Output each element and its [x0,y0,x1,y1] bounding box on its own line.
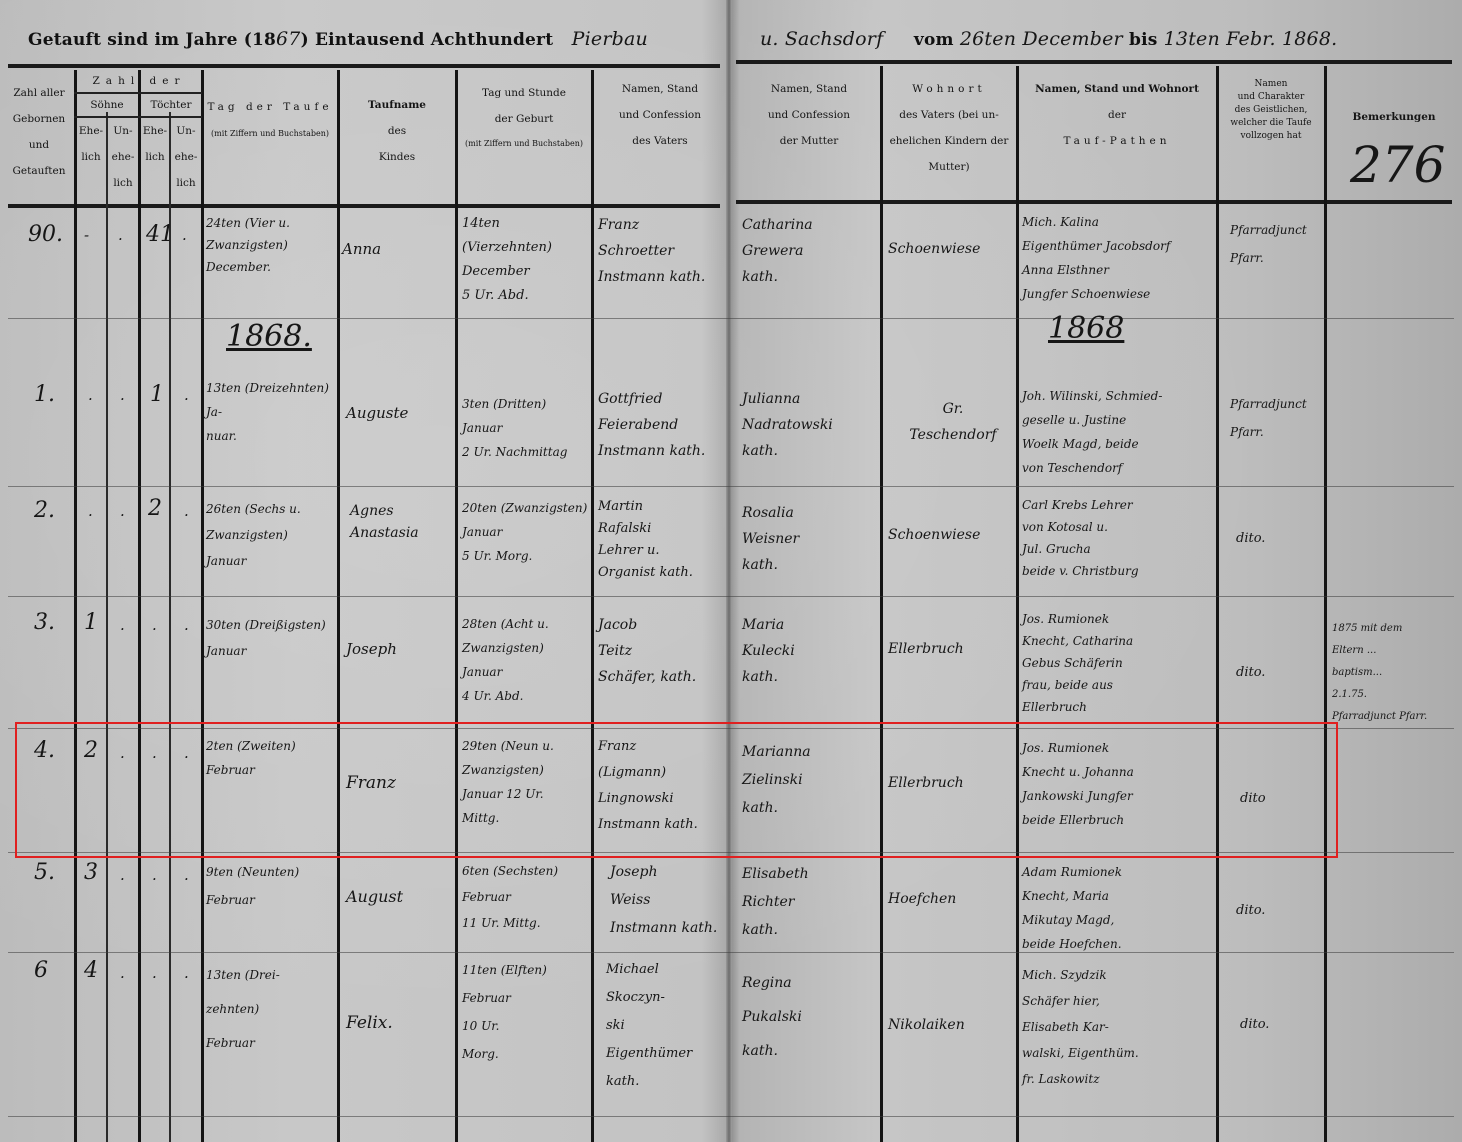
entry-soehne-ehelich: - [84,222,89,248]
header-tag-der-taufe-sub: (mit Ziffern und Buchstaben) [203,128,337,140]
header-line: Namen, Stand [593,76,727,102]
entry-clergy: Pfarradjunct Pfarr. [1230,216,1322,272]
header-wohnort: Wohnort des Vaters (bei un- ehelichen Ki… [882,76,1016,180]
col-line [337,70,340,1142]
header-line: und Confession [738,102,880,128]
entry-father: Franz Schroetter Instmann kath. [598,212,726,290]
entry-toechter-unehelich: . [184,382,189,408]
header-line: Taufname [339,92,455,118]
header-line: Un- [108,118,138,144]
title-prefix: Getauft sind im Jahre (18 [28,30,276,50]
col-line [169,112,171,1142]
entry-father: Jacob Teitz Schäfer, kath. [598,612,726,690]
header-vater: Namen, Stand und Confession des Vaters [593,76,727,154]
entry-birth-date: 11ten (Elften) Februar 10 Ur. Morg. [462,956,590,1068]
entry-soehne-unehelich: . [120,862,125,888]
header-geburt: Tag und Stunde der Geburt [457,80,591,132]
entry-residence: Hoefchen [888,886,1014,912]
col-line [1016,66,1019,1142]
header-zahl-der: Zahl der [76,70,202,92]
entry-soehne-unehelich: . [120,498,125,524]
header-line: Namen, Stand und Wohnort [1018,76,1216,102]
entry-toechter-ehelich: . [152,612,157,638]
entry-toechter-unehelich: . [184,862,189,888]
title-year-suffix: 67 [276,28,301,50]
row-divider [8,318,1454,319]
header-toechter: Töchter [140,94,202,116]
entry-number: 6 [34,958,48,984]
entry-baptism-date: 24ten (Vier u. Zwanzigsten) December. [206,212,336,278]
entry-clergy: dito. [1236,660,1322,686]
header-top-rule-left [8,64,720,68]
header-zahl-aller: Zahl aller Gebornen und Getauften [4,80,74,184]
entry-residence: Ellerbruch [888,636,1014,662]
entry-mother: Rosalia Weisner kath. [742,500,878,578]
title-from-value: 26ten December [960,28,1123,50]
entry-soehne-unehelich: . [120,382,125,408]
header-line: lich [171,170,201,196]
entry-soehne-ehelich: . [88,382,93,408]
entry-father: Martin Rafalski Lehrer u. Organist kath. [598,496,726,584]
entry-toechter-ehelich: 1 [150,382,164,408]
entry-soehne-ehelich: 4 [84,958,98,984]
title-to-value: 13ten Febr. 1868. [1164,28,1338,50]
entry-mother: Catharina Grewera kath. [742,212,878,290]
entry-father: Michael Skoczyn- ski Eigenthümer kath. [606,956,728,1096]
entry-toechter-ehelich: 2 [148,496,162,522]
title-place-2: Sachsdorf [785,28,884,50]
entry-toechter-unehelich: . [184,960,189,986]
entry-clergy: Pfarradjunct Pfarr. [1230,390,1322,446]
entry-residence: Gr. Teschendorf [892,396,1014,448]
entry-father: Gottfried Feierabend Instmann kath. [598,386,726,464]
header-line: ehelichen Kindern der [882,128,1016,154]
row-divider [8,596,1454,597]
highlight-box [15,722,1338,858]
header-line: welcher die Taufe [1218,117,1324,130]
header-taufname: Taufname des Kindes [339,92,455,170]
entry-toechter-unehelich: . [182,222,187,248]
col-line [1216,66,1219,1142]
entry-toechter-unehelich: . [184,612,189,638]
entry-clergy: dito. [1240,1012,1322,1038]
entry-child-name: Auguste [346,400,408,426]
entry-godparents: Carl Krebs Lehrer von Kotosal u. Jul. Gr… [1022,494,1216,582]
title-place: Pierbau [572,28,648,50]
header-top-rule-right [736,60,1452,64]
entry-godparents: Adam Rumionek Knecht, Maria Mikutay Magd… [1022,860,1216,956]
entry-child-name: Agnes Anastasia [350,500,454,544]
header-line: ehe- [171,144,201,170]
header-geburt-sub: (mit Ziffern und Buchstaben) [457,138,591,150]
entry-baptism-date: 26ten (Sechs u. Zwanzigsten) Januar [206,496,336,574]
entry-father: Joseph Weiss Instmann kath. [610,858,728,942]
entry-mother: Maria Kulecki kath. [742,612,878,690]
header-line: Wohnort [882,76,1016,102]
header-soehne-ehelich: Ehe- lich [76,118,106,170]
entry-number: 2. [34,498,55,524]
col-line [106,112,108,1142]
entry-number: 1. [34,382,55,408]
register-page: Getauft sind im Jahre (1867) Eintausend … [0,0,1462,1142]
entry-clergy: dito. [1236,526,1322,552]
header-line: Ehe- [76,118,106,144]
header-bemerkungen: Bemerkungen [1326,104,1462,130]
entry-godparents: Joh. Wilinski, Schmied- geselle u. Justi… [1022,384,1216,480]
col-line [74,70,77,1142]
header-line: Mutter) [882,154,1016,180]
entry-birth-date: 6ten (Sechsten) Februar 11 Ur. Mittg. [462,858,590,936]
row-divider [8,952,1454,953]
header-line: der [1018,102,1216,128]
title-place-joiner: u. [760,28,779,50]
header-toechter-ehelich: Ehe- lich [140,118,170,170]
header-line: Gebornen [4,106,74,132]
page-number: 276 [1350,140,1440,190]
header-bottom-rule-left [8,204,720,208]
header-line: Tauf-Pathen [1018,128,1216,154]
entry-godparents: Mich. Szydzik Schäfer hier, Elisabeth Ka… [1022,962,1216,1092]
header-line: lich [140,144,170,170]
entry-godparents: Mich. Kalina Eigenthümer Jacobsdorf Anna… [1022,210,1216,306]
header-line: des Vaters [593,128,727,154]
header-bottom-rule-right [736,200,1452,204]
header-soehne: Söhne [76,94,138,116]
entry-residence: Schoenwiese [888,522,1014,548]
entry-birth-date: 14ten (Vierzehnten) December 5 Ur. Abd. [462,212,590,308]
header-tag-der-taufe: Tag der Taufe [203,94,337,120]
entry-toechter-ehelich: . [152,960,157,986]
col-line [138,70,141,1142]
entry-soehne-unehelich: . [120,960,125,986]
col-line [455,70,458,1142]
col-line [201,70,204,1142]
entry-residence: Schoenwiese [888,236,1014,262]
register-title-right: u. Sachsdorf vom 26ten December bis 13te… [760,28,1337,50]
header-line: ehe- [108,144,138,170]
entry-toechter-ehelich: . [152,862,157,888]
entry-clergy: dito. [1236,898,1322,924]
entry-child-name: Anna [342,236,381,262]
header-line: Ehe- [140,118,170,144]
header-line: des [339,118,455,144]
header-pathen: Namen, Stand und Wohnort der Tauf-Pathen [1018,76,1216,154]
entry-baptism-date: 9ten (Neunten) Februar [206,858,336,914]
entry-mother: Elisabeth Richter kath. [742,860,878,944]
col-line [1324,66,1327,1142]
year-marker-right: 1868 [1048,316,1124,342]
entry-mother: Julianna Nadratowski kath. [742,386,878,464]
entry-number: 90. [28,222,63,248]
header-line: Un- [171,118,201,144]
entry-toechter-ehelich: 41 [146,222,174,248]
entry-birth-date: 28ten (Acht u. Zwanzigsten) Januar 4 Ur.… [462,612,590,708]
header-line: des Vaters (bei un- [882,102,1016,128]
header-line: vollzogen hat [1218,130,1324,143]
entry-residence: Nikolaiken [888,1012,1014,1038]
entry-child-name: August [346,884,403,910]
entry-number: 5. [34,860,55,886]
entry-soehne-ehelich: 3 [84,860,98,886]
header-line: des Geistlichen, [1218,104,1324,117]
row-divider [8,486,1454,487]
header-toechter-unehelich: Un- ehe- lich [171,118,201,196]
header-line: Namen, Stand [738,76,880,102]
title-to-label: bis [1129,30,1158,50]
header-line: Zahl aller [4,80,74,106]
entry-soehne-unehelich: . [120,612,125,638]
header-line: der Mutter [738,128,880,154]
entry-number: 3. [34,610,55,636]
year-marker-left: 1868. [226,324,312,350]
header-line: lich [108,170,138,196]
header-line: der Geburt [457,106,591,132]
entry-baptism-date: 13ten (Drei- zehnten) Februar [206,958,336,1060]
entry-remark: 1875 mit dem Eltern ... baptism... 2.1.7… [1332,618,1458,728]
header-line: Namen [1218,78,1324,91]
entry-baptism-date: 30ten (Dreißigsten) Januar [206,612,336,664]
entry-child-name: Joseph [346,636,397,662]
header-line: Getauften [4,158,74,184]
entry-godparents: Jos. Rumionek Knecht, Catharina Gebus Sc… [1022,608,1216,718]
header-line: und [4,132,74,158]
entry-birth-date: 20ten (Zwanzigsten) Januar 5 Ur. Morg. [462,496,590,568]
header-line: und Confession [593,102,727,128]
entry-child-name: Felix. [346,1010,393,1036]
entry-soehne-ehelich: . [88,498,93,524]
entry-soehne-ehelich: 1 [84,610,98,636]
header-line: Tag und Stunde [457,80,591,106]
row-divider [8,1116,1454,1117]
col-line [880,66,883,1142]
register-title-left: Getauft sind im Jahre (1867) Eintausend … [28,28,648,50]
header-line: lich [76,144,106,170]
entry-mother: Regina Pukalski kath. [742,966,878,1068]
header-geistlicher: Namen und Charakter des Geistlichen, wel… [1218,78,1324,143]
entry-toechter-unehelich: . [184,498,189,524]
header-line: Kindes [339,144,455,170]
header-mutter: Namen, Stand und Confession der Mutter [738,76,880,154]
title-from-label: vom [914,30,954,50]
entry-soehne-unehelich: . [118,222,123,248]
header-soehne-unehelich: Un- ehe- lich [108,118,138,196]
entry-birth-date: 3ten (Dritten) Januar 2 Ur. Nachmittag [462,392,590,464]
title-mid: ) Eintausend Achthundert [301,30,554,50]
header-line: und Charakter [1218,91,1324,104]
col-line [591,70,594,1142]
entry-baptism-date: 13ten (Dreizehnten) Ja- nuar. [206,376,336,448]
